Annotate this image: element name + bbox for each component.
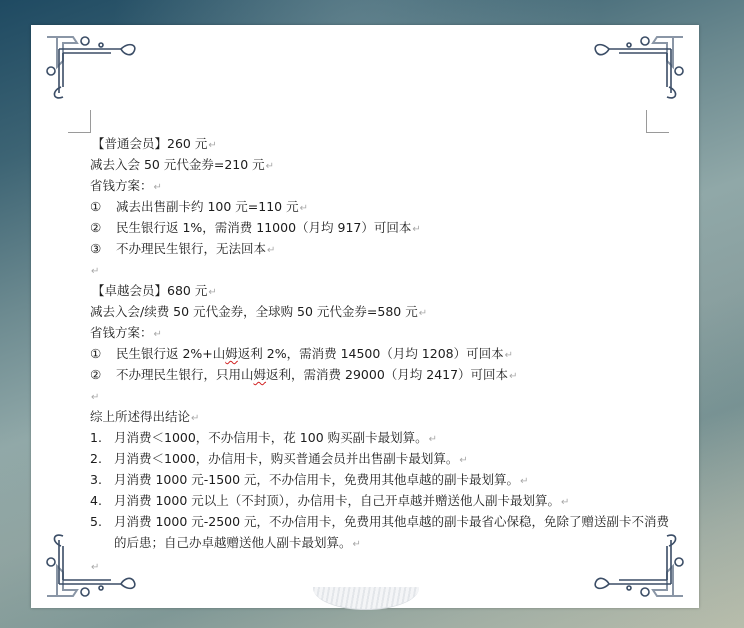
document-page[interactable]: 【普通会员】260 元↵ 减去入会 50 元代金券=210 元↵ 省钱方案：↵ …	[31, 25, 699, 608]
margin-crop-mark	[646, 110, 669, 133]
regular-plan-item: ①减去出售副卡约 100 元=110 元↵	[90, 196, 680, 217]
ornament-corner-icon	[589, 31, 689, 101]
conclusion-item: 4.月消费 1000 元以上（不封顶），办信用卡，自己开卓越并赠送他人副卡最划算…	[90, 490, 680, 511]
conclusion-item: 5.月消费 1000 元-2500 元，不办信用卡，免费用其他卓越的副卡最省心保…	[90, 511, 674, 555]
premium-plan-label: 省钱方案：↵	[90, 322, 680, 343]
spellcheck-flagged-word: 姆	[254, 367, 267, 382]
document-body[interactable]: 【普通会员】260 元↵ 减去入会 50 元代金券=210 元↵ 省钱方案：↵ …	[90, 133, 680, 576]
conclusion-item: 3.月消费 1000 元-1500 元，不办信用卡，免费用其他卓越的副卡最划算。…	[90, 469, 680, 490]
conclusion-item: 1.月消费＜1000，不办信用卡，花 100 购买副卡最划算。↵	[90, 427, 680, 448]
empty-paragraph: ↵	[90, 555, 680, 576]
premium-plan-item: ①民生银行返 2%+山姆返利 2%，需消费 14500（月均 1208）可回本↵	[90, 343, 680, 364]
spellcheck-flagged-word: 姆	[225, 346, 238, 361]
regular-member-title: 【普通会员】260 元↵	[90, 133, 680, 154]
empty-paragraph: ↵	[90, 259, 680, 280]
ornament-medallion-icon	[313, 587, 419, 610]
regular-plan-item: ②民生银行返 1%，需消费 11000（月均 917）可回本↵	[90, 217, 680, 238]
premium-plan-item: ②不办理民生银行，只用山姆返利，需消费 29000（月均 2417）可回本↵	[90, 364, 680, 385]
premium-member-title: 【卓越会员】680 元↵	[90, 280, 680, 301]
conclusion-item: 2.月消费＜1000，办信用卡，购买普通会员并出售副卡最划算。↵	[90, 448, 680, 469]
margin-crop-mark	[68, 110, 91, 133]
premium-member-deduction: 减去入会/续费 50 元代金券，全球购 50 元代金券=580 元↵	[90, 301, 680, 322]
regular-plan-item: ③不办理民生银行，无法回本↵	[90, 238, 680, 259]
empty-paragraph: ↵	[90, 385, 680, 406]
conclusion-title: 综上所述得出结论↵	[90, 406, 680, 427]
regular-member-deduction: 减去入会 50 元代金券=210 元↵	[90, 154, 680, 175]
regular-plan-label: 省钱方案：↵	[90, 175, 680, 196]
ornament-corner-icon	[41, 31, 141, 101]
